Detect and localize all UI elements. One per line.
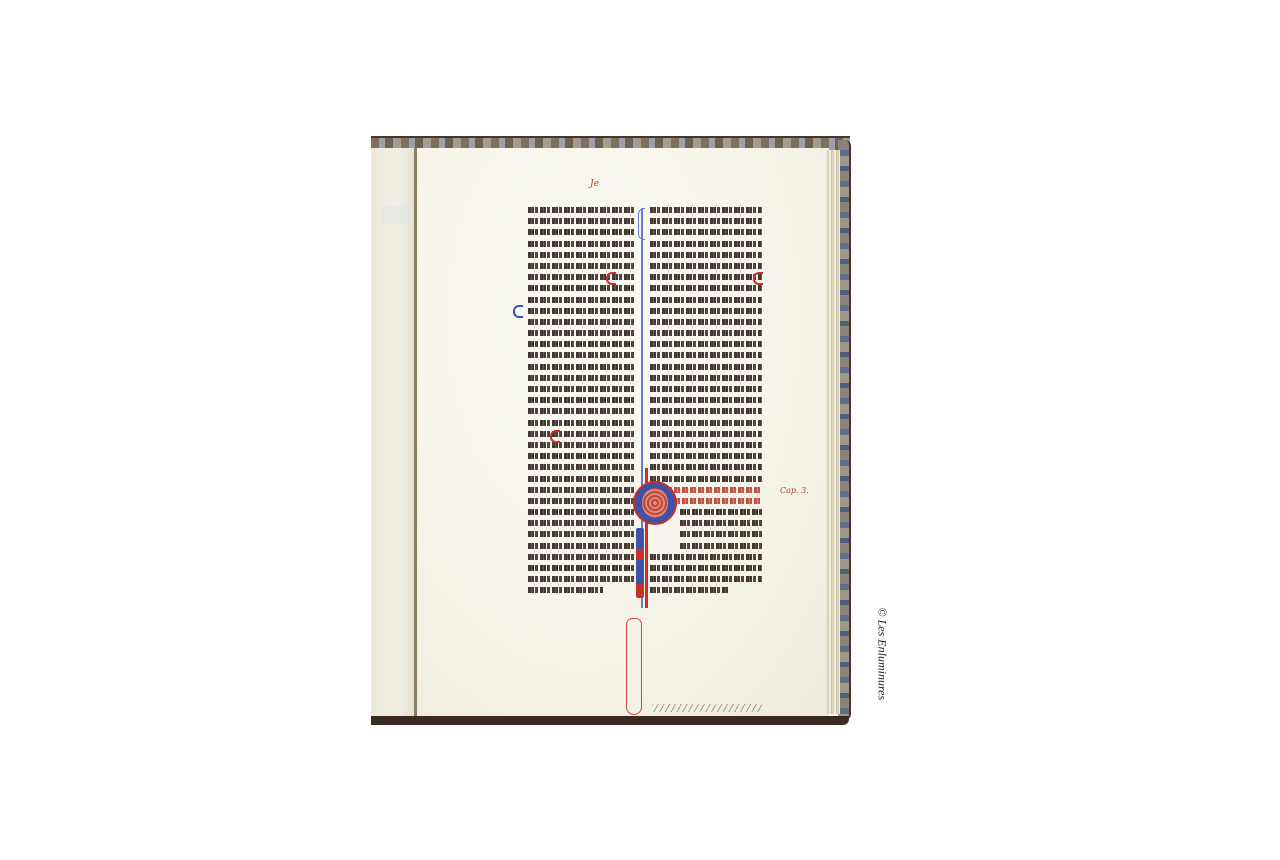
text-line [650,394,762,405]
text-line [528,260,635,271]
page-edges [827,150,840,714]
text-line [650,316,762,327]
text-line [650,372,762,383]
text-line [528,506,635,517]
text-line [528,338,635,349]
text-line [650,249,762,260]
text-line [650,562,762,573]
text-line [528,405,635,416]
text-line [650,417,762,428]
text-line [528,249,635,260]
text-line [650,450,762,461]
text-line [528,226,635,237]
text-line [528,473,635,484]
page-damage [652,704,762,712]
text-line [650,238,762,249]
decorated-initial [633,481,677,525]
text-line [528,361,635,372]
text-line [528,215,635,226]
text-line [528,238,635,249]
text-line [650,405,762,416]
text-line [528,349,635,360]
text-line [528,282,635,293]
text-line [650,540,762,551]
manuscript-book: Je Cap. 3. [371,136,851,725]
text-line [528,204,635,215]
text-line [528,584,635,595]
text-line [528,327,635,338]
paraph-mark [513,305,523,318]
text-line [650,528,762,539]
text-line [650,215,762,226]
text-line [528,517,635,528]
text-line [650,282,762,293]
text-line [650,461,762,472]
running-header: Je [590,179,599,189]
chapter-note: Cap. 3. [780,486,809,495]
text-line [650,383,762,394]
text-line [528,450,635,461]
text-line [528,428,635,439]
text-line [650,305,762,316]
text-line [650,551,762,562]
text-line [528,528,635,539]
text-line [650,439,762,450]
text-line [528,461,635,472]
text-line [650,584,762,595]
text-line [528,417,635,428]
text-line [650,260,762,271]
manuscript-page: Je Cap. 3. [417,148,829,716]
flourish-bar [636,528,644,598]
rubric-mark [550,430,560,443]
binding-bottom [371,716,849,725]
text-line [528,383,635,394]
text-line [650,226,762,237]
text-line [650,361,762,372]
text-line [650,294,762,305]
credit-text: © Les Enluminures [875,608,890,720]
text-line [650,428,762,439]
text-column-right [650,204,762,596]
text-line [650,271,762,282]
text-line [650,573,762,584]
text-line [528,305,635,316]
text-line [528,540,635,551]
text-line [528,316,635,327]
text-line [528,372,635,383]
text-line [528,495,635,506]
flourish-loop [626,618,642,715]
text-line [528,551,635,562]
text-line [650,338,762,349]
text-line [528,394,635,405]
text-line [528,294,635,305]
text-line [528,573,635,584]
text-column-left [528,204,635,596]
text-line [528,484,635,495]
text-line [528,271,635,282]
initial-infill [642,488,668,518]
text-line [528,562,635,573]
text-line [528,439,635,450]
left-page-strip [371,148,416,716]
copyright-credit: © Les Enluminures [868,612,894,724]
rubric-mark [606,272,616,285]
rubric-mark [753,272,763,285]
text-line [650,349,762,360]
text-line [650,327,762,338]
text-line [650,204,762,215]
